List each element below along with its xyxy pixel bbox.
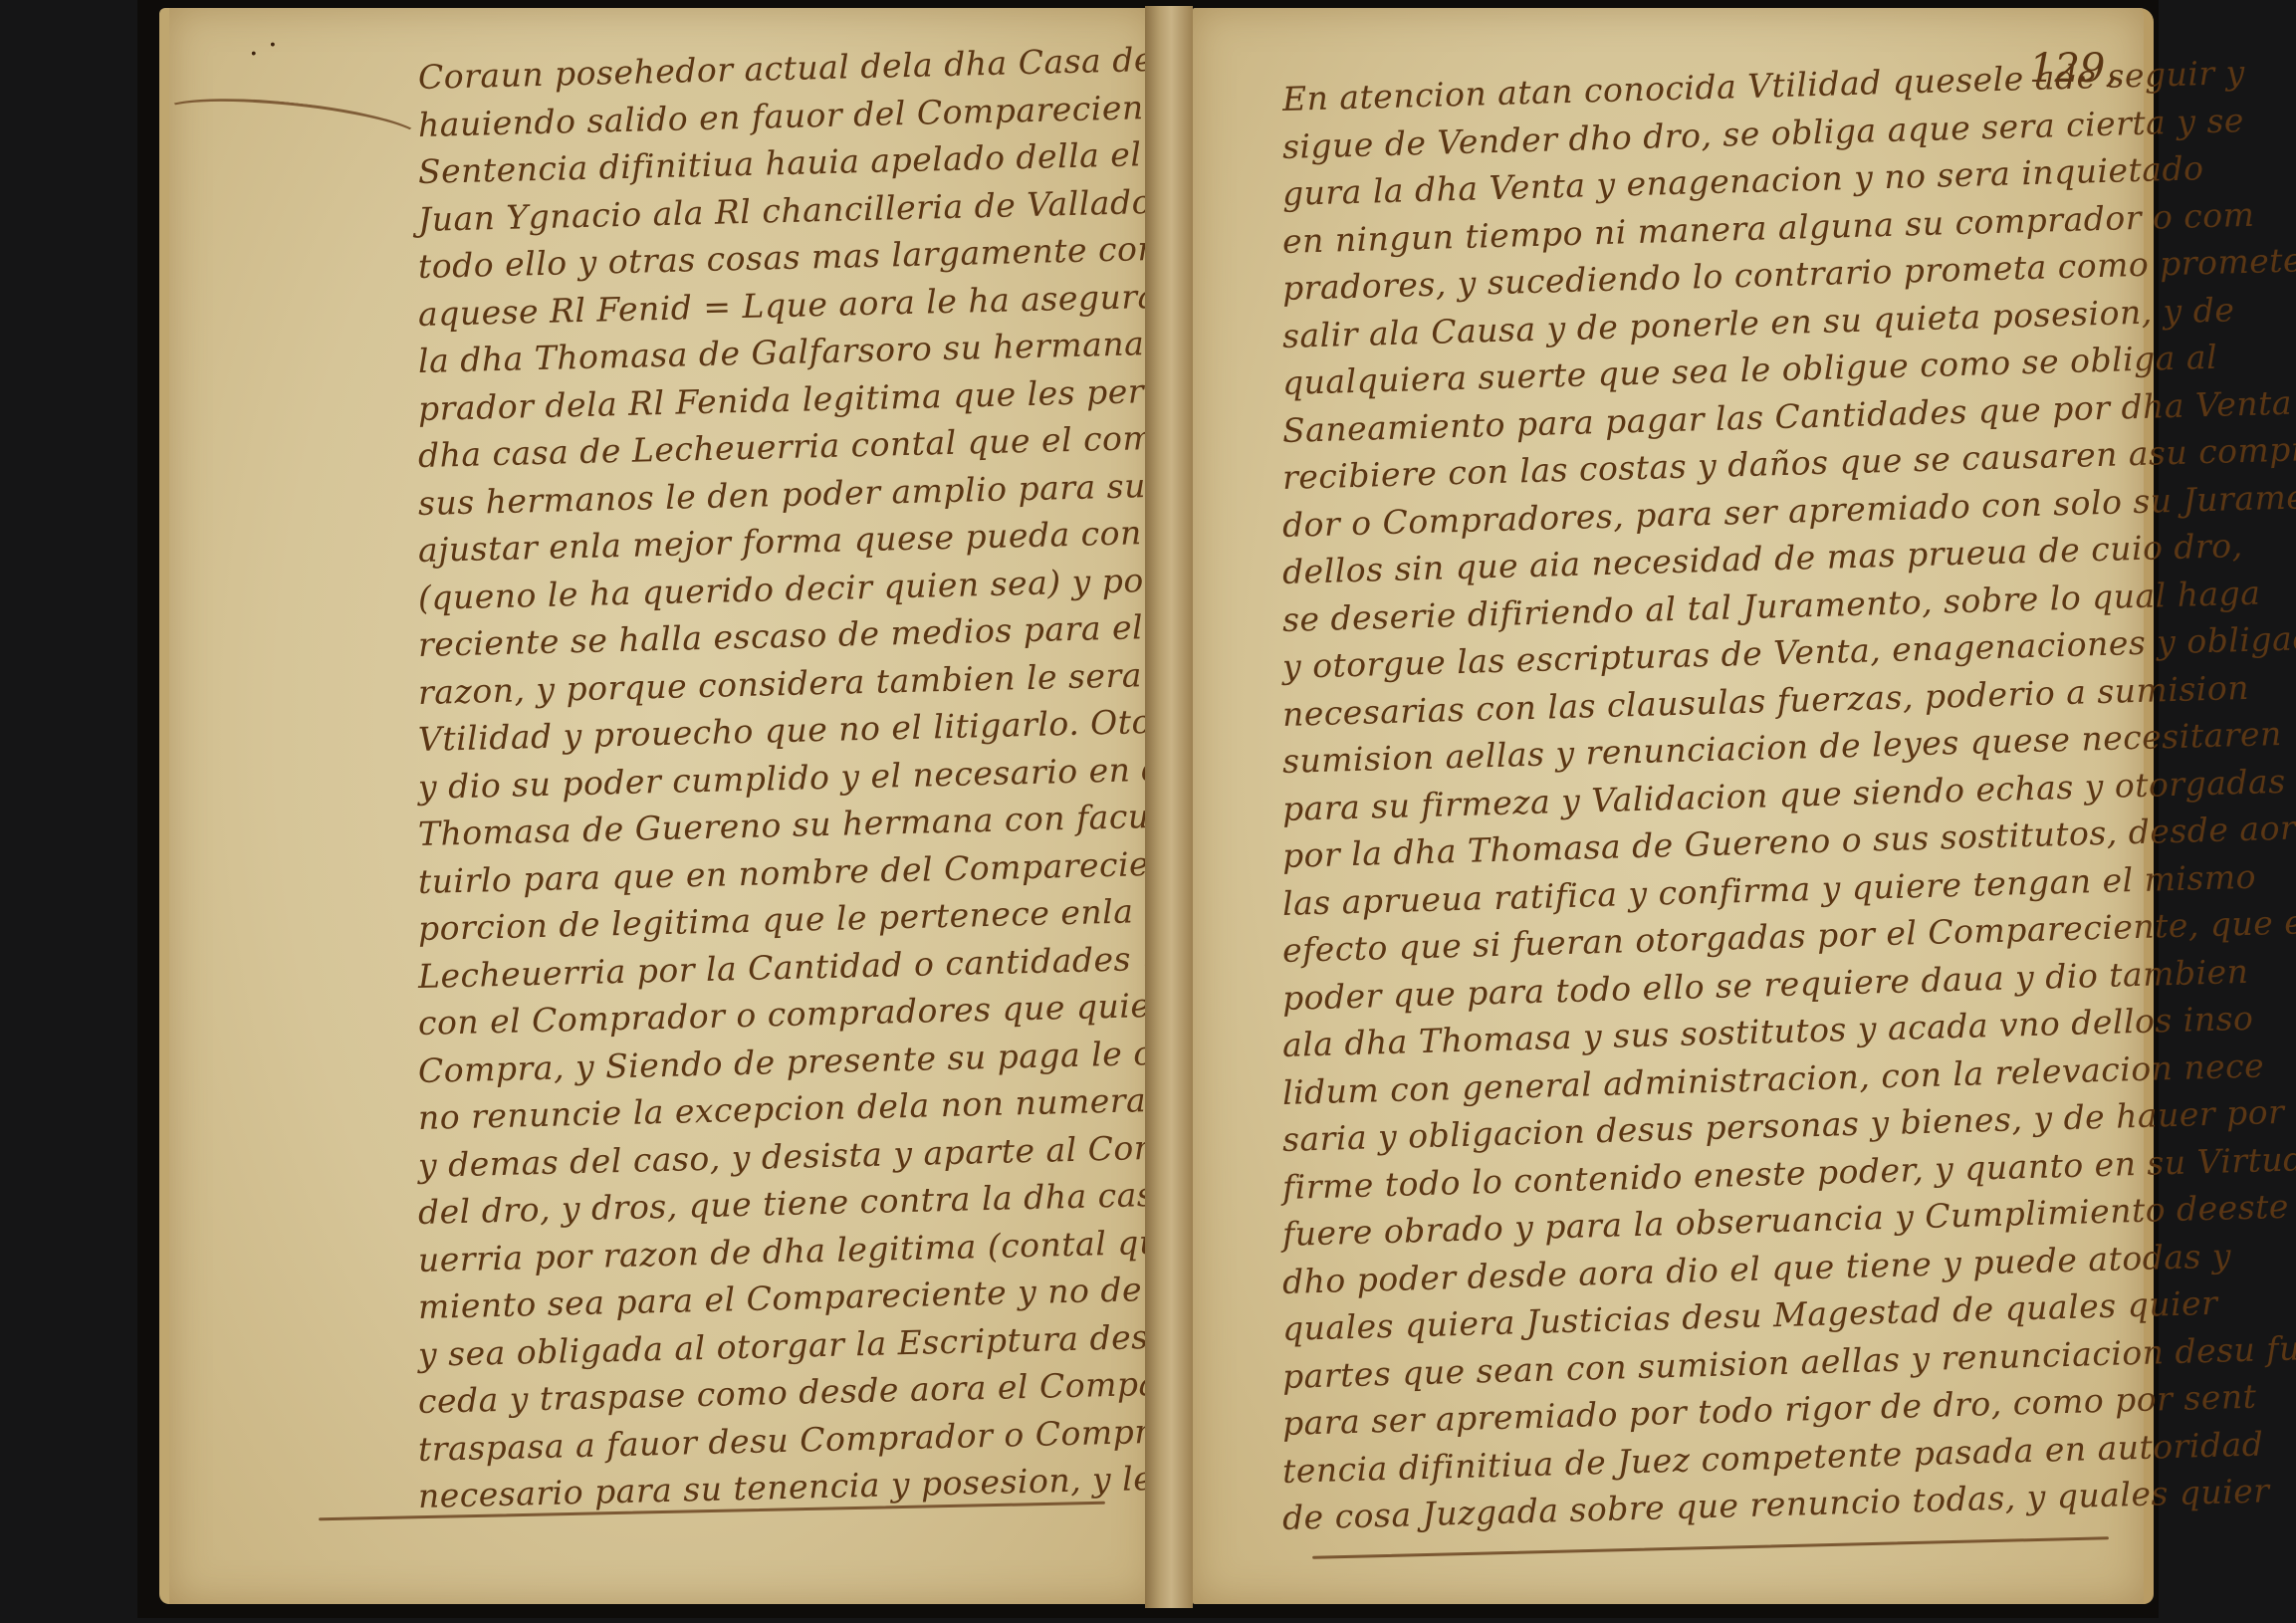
book-gutter: [1145, 6, 1193, 1608]
left-page-text: Coraun posehedor actual dela dha Casa de…: [169, 8, 1155, 1604]
open-book: . · Coraun posehedor actual dela dha Cas…: [137, 0, 2159, 1618]
right-page-text: En atencion atan conocida Vtilidad quese…: [1193, 8, 2144, 1604]
left-page: . · Coraun posehedor actual dela dha Cas…: [159, 8, 1155, 1604]
right-page: 129, En atencion atan conocida Vtilidad …: [1193, 8, 2154, 1604]
